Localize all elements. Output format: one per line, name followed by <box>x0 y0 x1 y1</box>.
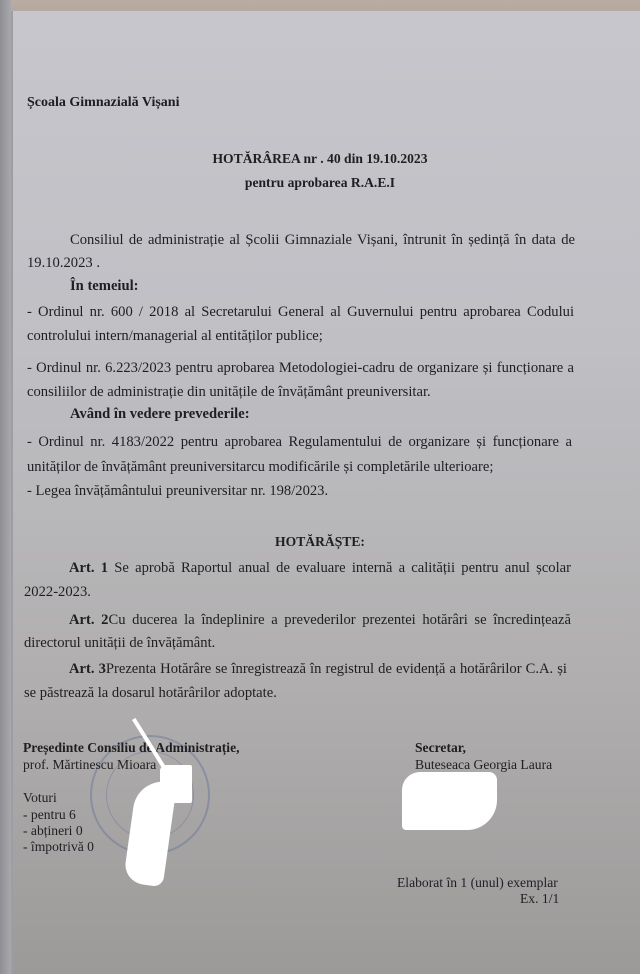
article-3-label: Art. 3 <box>69 661 106 677</box>
article-3-line-2: se păstrează la dosarul hotărârilor adop… <box>24 684 277 702</box>
prevederile-item-1-line-1: - Ordinul nr. 4183/2022 pentru aprobarea… <box>27 433 572 451</box>
document-subtitle: pentru aprobarea R.A.E.I <box>0 174 640 192</box>
temeiul-item-1-line-2: controlului intern/managerial al entităț… <box>27 327 323 345</box>
article-1-text: Se aprobă Raportul anual de evaluare int… <box>108 560 571 576</box>
temeiul-item-2-line-1: - Ordinul nr. 6.223/2023 pentru aprobare… <box>27 359 574 377</box>
signature-redaction-top <box>160 765 192 803</box>
article-2-line-2: directorul unității de învățământ. <box>24 634 215 652</box>
temeiul-heading: În temeiul: <box>70 277 139 295</box>
document-title: HOTĂRÂREA nr . 40 din 19.10.2023 <box>0 150 640 168</box>
prevederile-item-2: - Legea învățământului preuniversitar nr… <box>27 482 328 500</box>
decision-heading: HOTĂRĂȘTE: <box>0 533 640 551</box>
intro-line-2: 19.10.2023 . <box>27 254 100 272</box>
article-3-line-1: Art. 3Prezenta Hotărâre se înregistrează… <box>69 660 567 678</box>
president-name: prof. Mărtinescu Mioara <box>23 756 156 774</box>
article-2-label: Art. 2 <box>69 612 108 628</box>
article-2-line-1: Art. 2Cu ducerea la îndeplinire a preved… <box>69 611 571 629</box>
prevederile-item-1-line-2: unităților de învățământ preuniversitarc… <box>27 458 493 476</box>
article-2-text: Cu ducerea la îndeplinire a prevederilor… <box>108 612 571 628</box>
secretary-signature-redaction <box>402 772 497 830</box>
president-title: Președinte Consiliu de Administrație, <box>23 739 240 757</box>
article-1-label: Art. 1 <box>69 560 108 576</box>
intro-line-1: Consiliul de administrație al Școlii Gim… <box>70 231 575 249</box>
article-3-text: Prezenta Hotărâre se înregistrează în re… <box>106 661 567 677</box>
temeiul-item-2-line-2: consiliilor de administrație din unități… <box>27 383 431 401</box>
copy-number: Ex. 1/1 <box>520 890 559 908</box>
votes-against: - împotrivă 0 <box>23 838 94 856</box>
article-1-line-1: Art. 1 Se aprobă Raportul anual de evalu… <box>69 559 571 577</box>
school-name: Școala Gimnazială Vișani <box>27 94 179 112</box>
votes-heading: Voturi <box>23 789 57 807</box>
prevederile-heading: Având în vedere prevederile: <box>70 405 250 423</box>
temeiul-item-1-line-1: - Ordinul nr. 600 / 2018 al Secretarului… <box>27 303 574 321</box>
secretary-title: Secretar, <box>415 739 466 757</box>
binder-edge <box>0 0 11 974</box>
article-1-line-2: 2022-2023. <box>24 583 91 601</box>
